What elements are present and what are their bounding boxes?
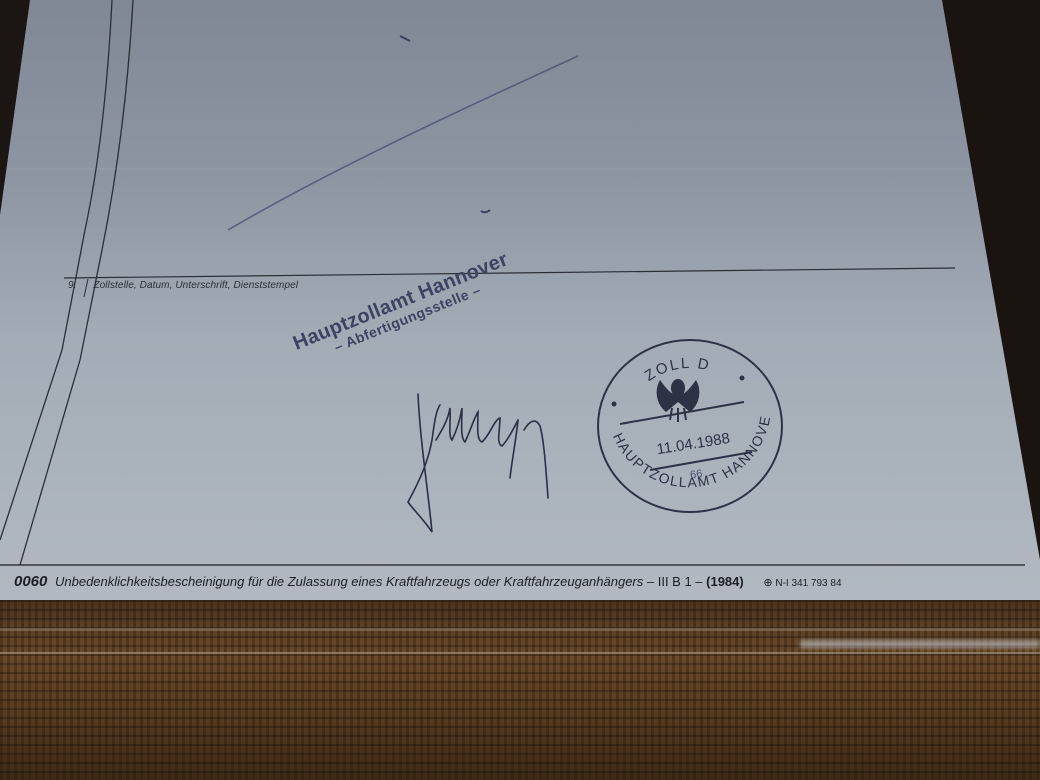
stamp-sub-number: 66	[689, 468, 703, 482]
print-code: ⊕ N-I 341 793 84	[763, 578, 841, 589]
field-number: 9.	[68, 280, 77, 291]
printer-logo-icon: ⊕	[763, 577, 772, 589]
form-code: 0060	[14, 573, 47, 590]
form-section: – III B 1 –	[643, 574, 706, 589]
pen-stroke	[228, 56, 578, 230]
pen-mark	[400, 36, 410, 41]
field-label: 9. Zollstelle, Datum, Unterschrift, Dien…	[68, 280, 298, 291]
print-code-text: N-I 341 793 84	[775, 578, 841, 589]
signature	[408, 394, 548, 532]
field-label-text: Zollstelle, Datum, Unterschrift, Diensts…	[93, 280, 298, 291]
pen-mark	[481, 210, 490, 212]
form-year: (1984)	[706, 574, 744, 589]
form-title: Unbedenklichkeitsbescheinigung für die Z…	[55, 574, 643, 589]
form-footer: 0060 Unbedenklichkeitsbescheinigung für …	[14, 573, 842, 590]
round-customs-stamp: ZOLL D HAUPTZOLLAMT HANNOVER 11.04.1988 …	[594, 338, 786, 518]
wooden-table	[0, 600, 1040, 780]
stamp-date: 11.04.1988	[655, 430, 731, 458]
margin-line-outer	[0, 0, 112, 540]
